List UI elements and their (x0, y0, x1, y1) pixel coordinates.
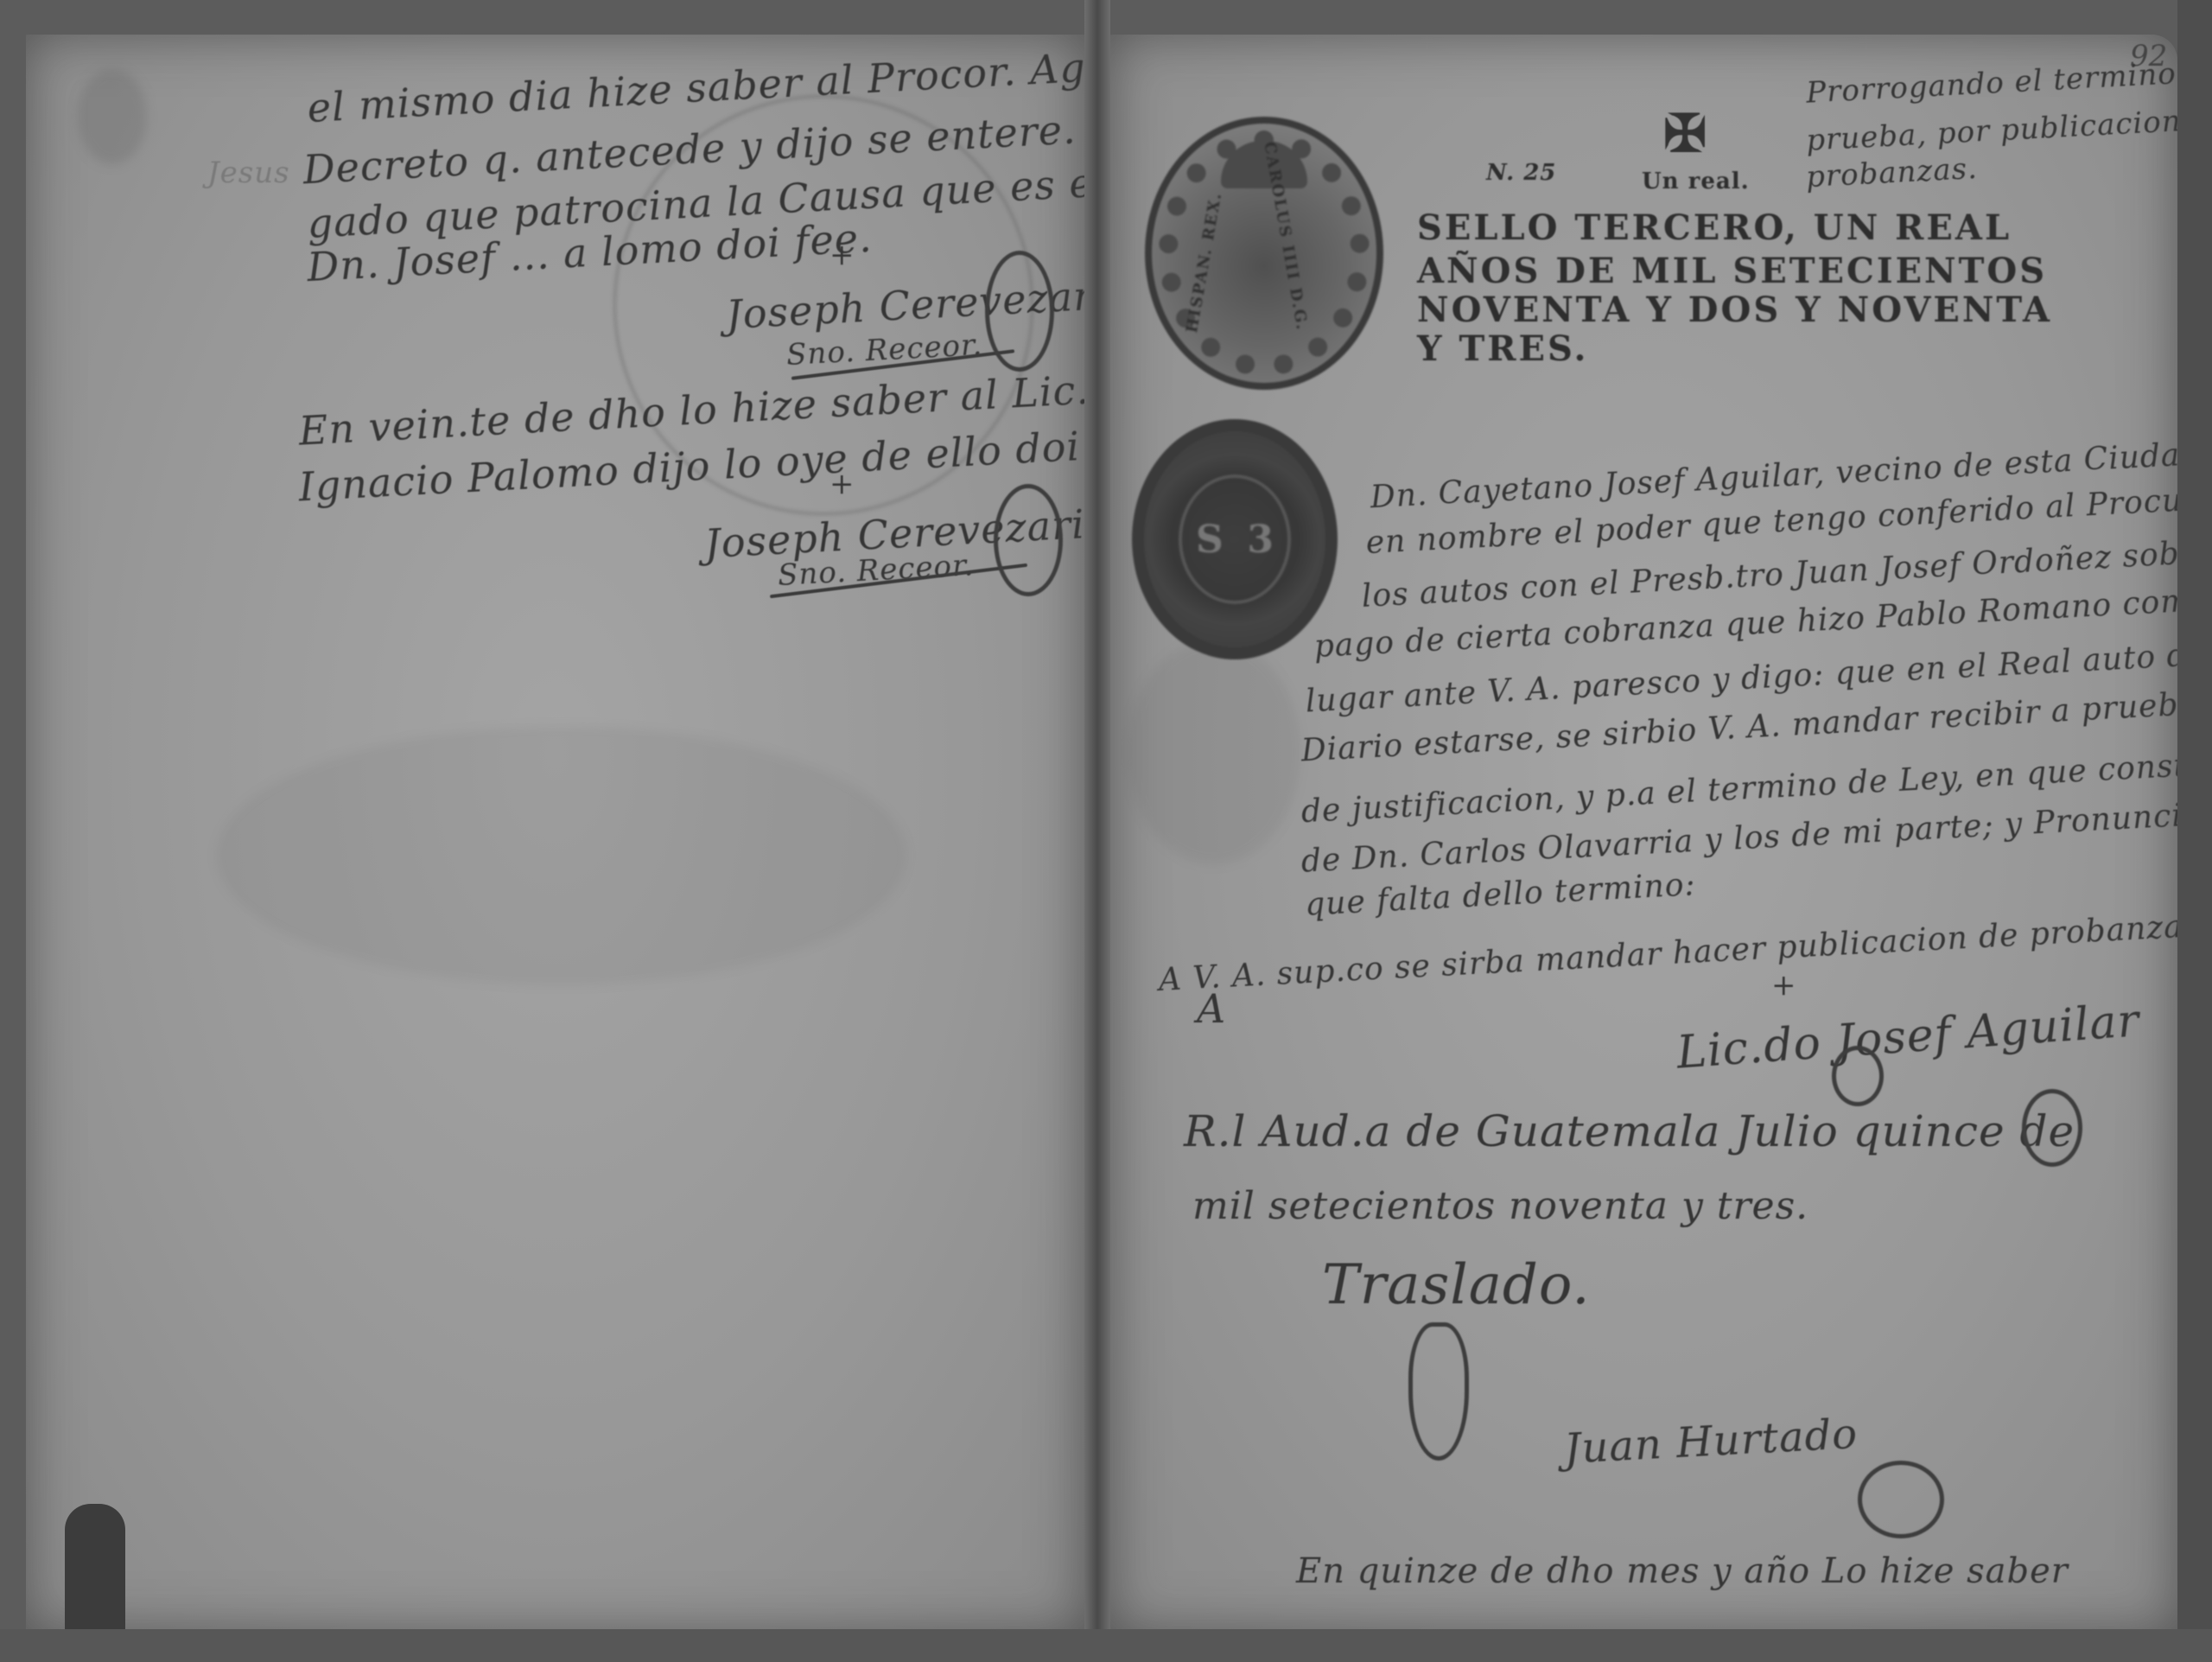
last-line: En quinze de dho mes y año Lo hize saber (1296, 1551, 2069, 1591)
ring-seal-icon: S 3 (1132, 419, 1338, 659)
seal-letter-right: 3 (1247, 518, 1274, 562)
paper-stain (216, 726, 907, 985)
signature-cross: + (1771, 968, 1797, 1003)
paper-stain (1128, 640, 1300, 864)
stamp-header-line4: Y TRES. (1417, 328, 1588, 369)
decree-word-traslado: Traslado. (1322, 1253, 1591, 1317)
paper-stain (78, 69, 147, 164)
stamp-value: Un real. (1642, 169, 1750, 194)
signature-cross: + (829, 238, 855, 272)
decree-line1: R.l Aud.a de Guatemala Julio quince de (1184, 1106, 2075, 1156)
scan-right-edge (2177, 0, 2212, 1662)
decree-line2: mil setecientos noventa y tres. (1192, 1184, 1808, 1228)
closing-mark: A (1197, 985, 1226, 1032)
flourish-rubric-icon (1408, 1322, 1469, 1461)
seal-letter-left: S (1196, 518, 1224, 562)
signature-cross: + (829, 467, 855, 501)
scan-bottom-edge (0, 1629, 2212, 1662)
signature-rubric-icon (1832, 1046, 1884, 1106)
margin-bleed-text: Jesus (207, 156, 290, 190)
stamp-header-line3: NOVENTA Y DOS Y NOVENTA (1417, 290, 2052, 330)
royal-arms-seal-icon: CAROLUS IIII D.G. HISPAN. REX. (1145, 117, 1383, 390)
ring-seal-center: S 3 (1179, 474, 1291, 604)
stamp-header-line2: AÑOS DE MIL SETECIENTOS (1417, 251, 2047, 291)
book-spine (1084, 0, 1110, 1662)
cross-icon: ✠ (1663, 104, 1707, 164)
stamp-number: N. 25 (1486, 160, 1556, 186)
decree-rubric-icon (2022, 1089, 2082, 1167)
signature-rubric-icon (1858, 1461, 1944, 1538)
signature-rubric-icon (994, 484, 1063, 596)
stamp-header-line1: SELLO TERCERO, UN REAL (1417, 207, 2012, 248)
signature-rubric-icon (985, 251, 1054, 372)
binding-clip (65, 1504, 125, 1633)
